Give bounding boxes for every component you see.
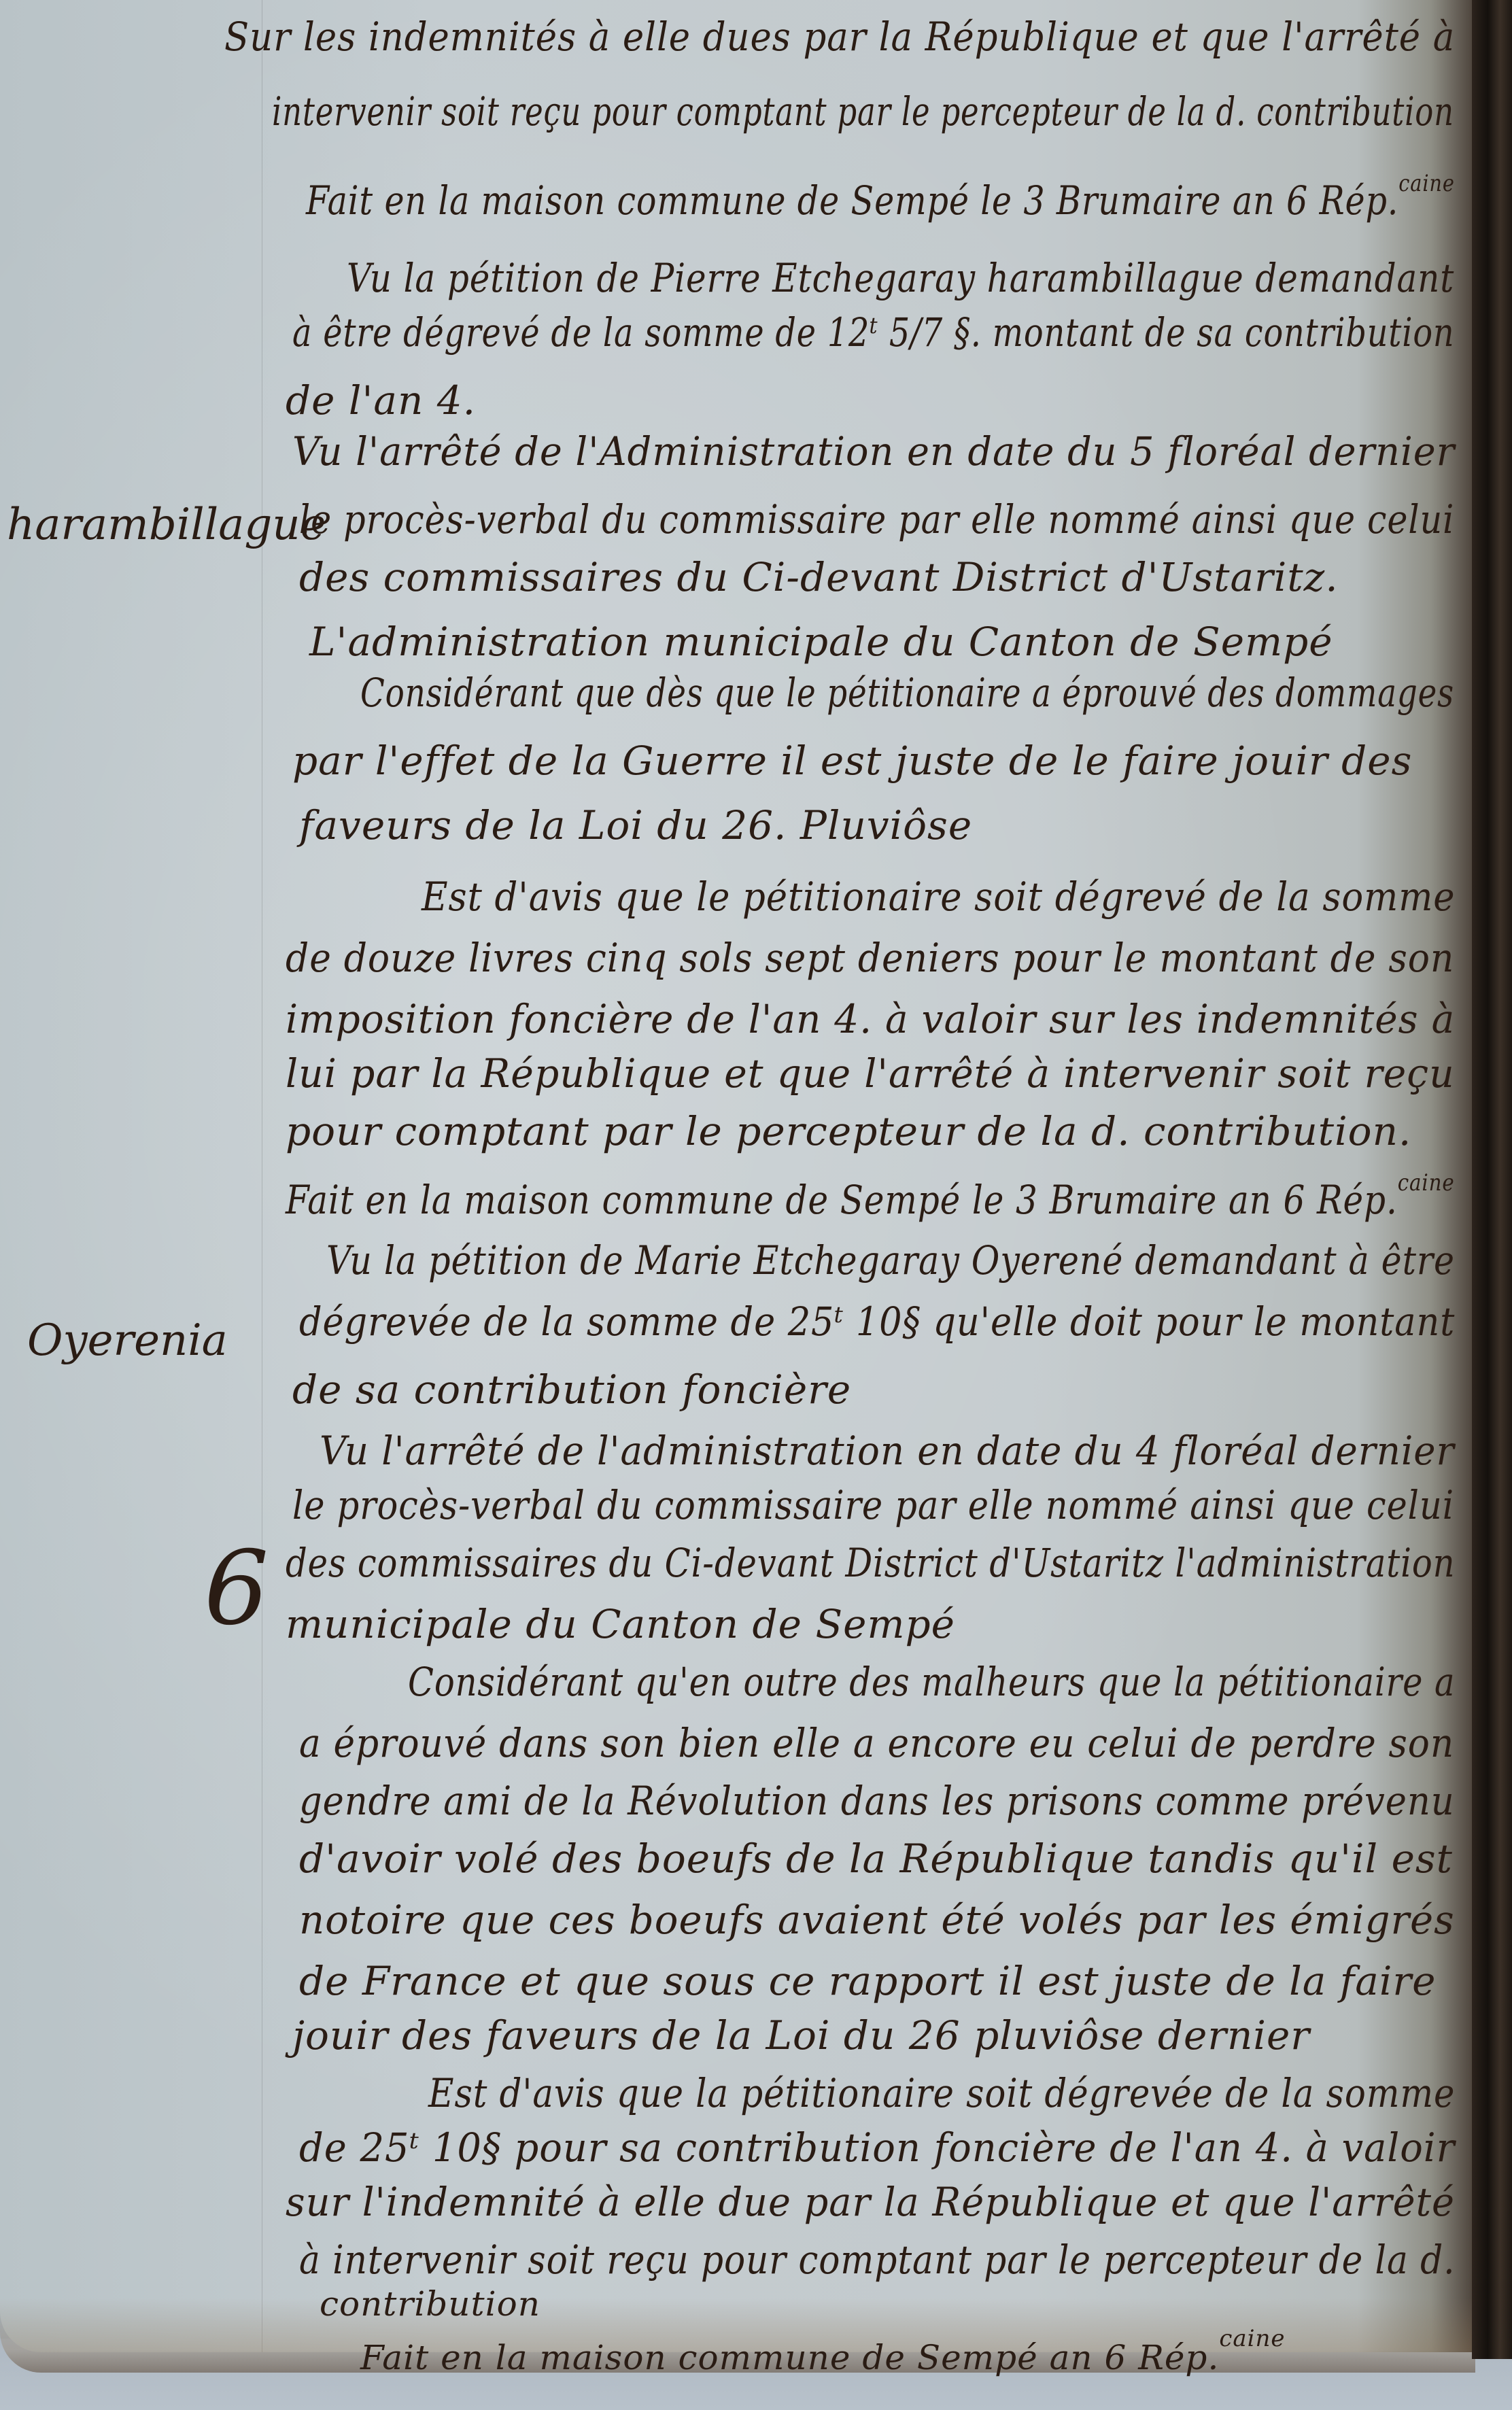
- text-line: dégrevée de la somme de 25ᵗ 10§ qu'elle …: [299, 1298, 1455, 1345]
- margin-note-oyerenia: Oyerenia: [27, 1315, 228, 1366]
- text-line: à être dégrevé de la somme de 12ᵗ 5/7 §.…: [292, 309, 1454, 356]
- text-line: de sa contribution foncière: [292, 1366, 851, 1413]
- text-line: contribution: [320, 2284, 540, 2324]
- text-line: Vu l'arrêté de l'administration en date …: [320, 1428, 1455, 1474]
- text-line: jouir des faveurs de la Loi du 26 pluviô…: [292, 2012, 1310, 2059]
- text-line: pour comptant par le percepteur de la d.…: [286, 1108, 1411, 1154]
- text-line: de France et que sous ce rapport il est …: [299, 1958, 1436, 2004]
- text-line: par l'effet de la Guerre il est juste de…: [292, 738, 1412, 784]
- text-line: a éprouvé dans son bien elle a encore eu…: [299, 1720, 1454, 1766]
- text-line: d'avoir volé des boeufs de la République…: [299, 1836, 1453, 1882]
- text-line: le procès-verbal du commissaire par elle…: [292, 1482, 1454, 1528]
- text-line: à intervenir soit reçu pour comptant par…: [299, 2237, 1456, 2283]
- text-line: lui par la République et que l'arrêté à …: [286, 1050, 1455, 1097]
- text-line: Sur les indemnités à elle dues par la Ré…: [224, 14, 1455, 60]
- page-number: 6: [204, 1530, 269, 1648]
- margin-rule: [262, 0, 262, 2352]
- text-line: de 25ᵗ 10§ pour sa contribution foncière…: [299, 2124, 1455, 2171]
- text-line: Est d'avis que la pétitionaire soit dégr…: [428, 2070, 1455, 2116]
- text-line: de l'an 4.: [286, 377, 476, 424]
- text-line: notoire que ces boeufs avaient été volés…: [299, 1897, 1455, 1943]
- text-line: Vu la pétition de Pierre Etchegaray hara…: [347, 255, 1454, 301]
- text-line: imposition foncière de l'an 4. à valoir …: [286, 996, 1455, 1042]
- text-line: gendre ami de la Révolution dans les pri…: [299, 1778, 1455, 1824]
- text-line: de douze livres cinq sols sept deniers p…: [286, 935, 1454, 981]
- text-line: Fait en la maison commune de Sempé le 3 …: [286, 1169, 1455, 1223]
- manuscript-page: harambillague Oyerenia 6 Sur les indemni…: [0, 0, 1475, 2352]
- text-line: intervenir soit reçu pour comptant par l…: [272, 88, 1454, 135]
- text-line: faveurs de la Loi du 26. Pluviôse: [299, 802, 972, 848]
- book-binding: [1472, 0, 1512, 2359]
- text-line: Fait en la maison commune de Sempé le 3 …: [306, 170, 1455, 224]
- text-line: Considérant qu'en outre des malheurs que…: [408, 1659, 1455, 1705]
- text-line: des commissaires du Ci-devant District d…: [299, 554, 1339, 600]
- text-line: Vu l'arrêté de l'Administration en date …: [292, 428, 1455, 475]
- text-line: Est d'avis que le pétitionaire soit dégr…: [422, 874, 1456, 920]
- text-line: Fait en la maison commune de Sempé an 6 …: [360, 2325, 1286, 2377]
- text-line: des commissaires du Ci-devant District d…: [286, 1540, 1455, 1586]
- text-line: L'administration municipale du Canton de…: [309, 619, 1333, 665]
- text-line: sur l'indemnité à elle due par la Républ…: [286, 2179, 1455, 2225]
- text-line: Considérant que dès que le pétitionaire …: [360, 670, 1454, 716]
- margin-note-harambillague: harambillague: [7, 500, 326, 550]
- text-line: Vu la pétition de Marie Etchegaray Oyere…: [326, 1237, 1455, 1284]
- text-line: municipale du Canton de Sempé: [286, 1601, 955, 1647]
- text-line: le procès-verbal du commissaire par elle…: [299, 496, 1454, 543]
